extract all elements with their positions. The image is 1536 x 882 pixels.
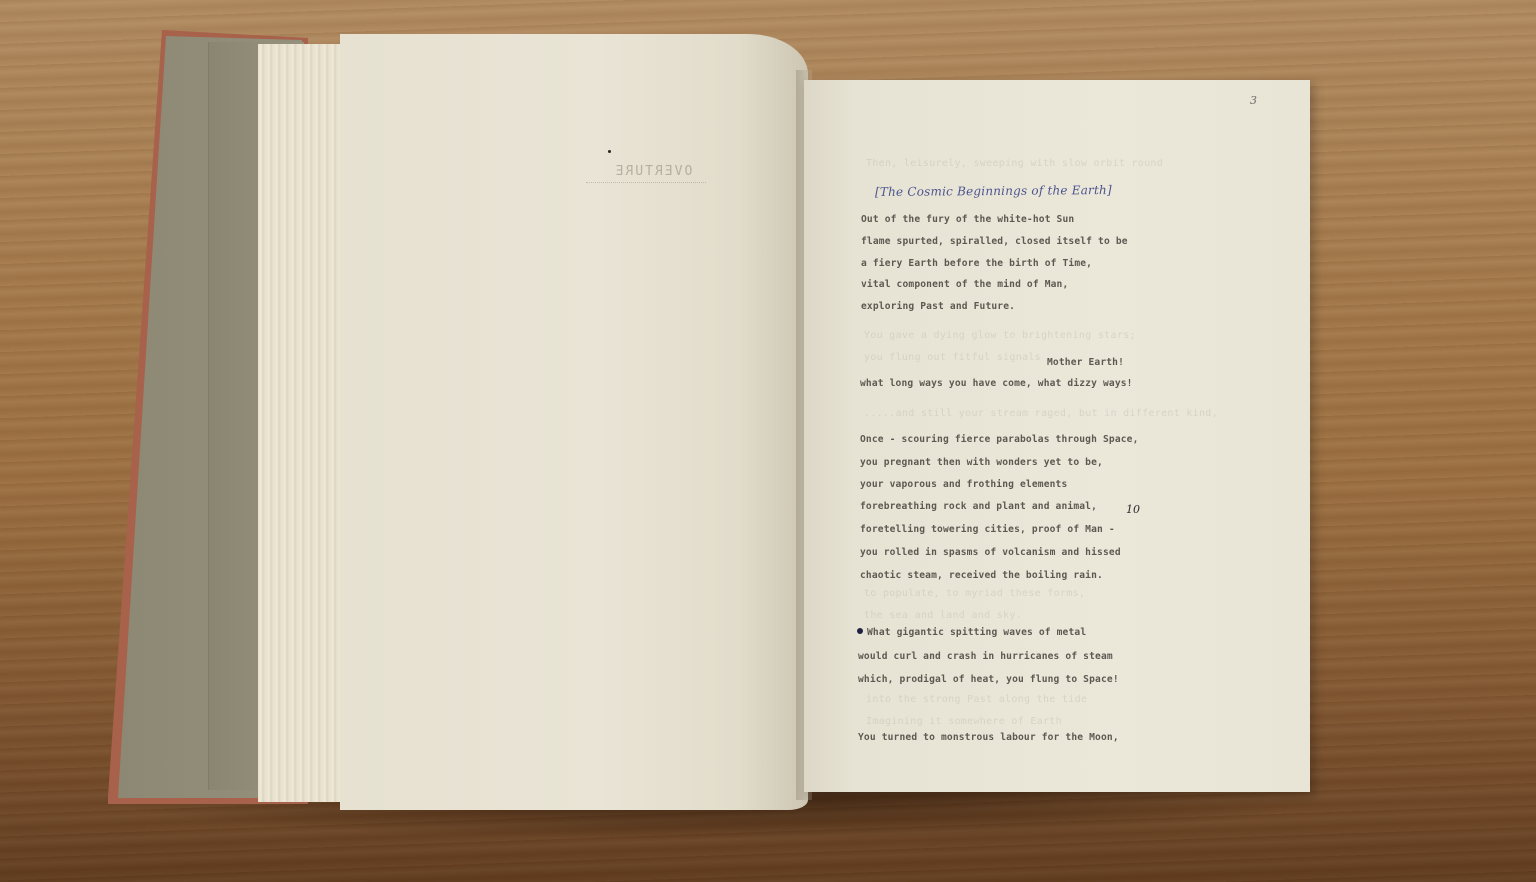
poem-line: What gigantic spitting waves of metal: [867, 627, 1086, 638]
poem-line: Once - scouring fierce parabolas through…: [860, 434, 1139, 445]
poem-line: you rolled in spasms of volcanism and hi…: [860, 547, 1121, 558]
poem-line: foretelling towering cities, proof of Ma…: [860, 524, 1115, 535]
poem-line: Mother Earth!: [1047, 357, 1124, 368]
left-page-blank: [340, 34, 808, 810]
show-through-text: .....and still your stream raged, but in…: [864, 408, 1218, 419]
poem-line: forebreathing rock and plant and animal,: [860, 501, 1097, 512]
show-through-text: You gave a dying glow to brightening sta…: [864, 330, 1136, 341]
poem-line: Out of the fury of the white-hot Sun: [861, 214, 1074, 225]
poem-line: flame spurted, spiralled, closed itself …: [861, 236, 1128, 247]
poem-line: what long ways you have come, what dizzy…: [860, 378, 1133, 389]
poem-line: would curl and crash in hurricanes of st…: [858, 651, 1113, 662]
handwritten-heading: [The Cosmic Beginnings of the Earth]: [875, 183, 1112, 199]
poem-line: You turned to monstrous labour for the M…: [858, 732, 1119, 743]
ink-dot-mark: [608, 150, 611, 153]
poem-line: a fiery Earth before the birth of Time,: [861, 258, 1092, 269]
poem-line: you pregnant then with wonders yet to be…: [860, 457, 1103, 468]
poem-line: exploring Past and Future.: [861, 301, 1015, 312]
ink-bullet-mark: [857, 628, 863, 634]
show-through-text: Then, leisurely, sweeping with slow orbi…: [866, 158, 1163, 169]
poem-line: vital component of the mind of Man,: [861, 279, 1068, 290]
page-number: 3: [1250, 94, 1257, 107]
show-through-title: OVERTURE: [588, 164, 718, 179]
poem-line: your vaporous and frothing elements: [860, 479, 1067, 490]
show-through-underline: [586, 182, 706, 186]
show-through-text: to populate, to myriad these forms,: [864, 588, 1085, 599]
show-through-text: the sea and land and sky.: [864, 610, 1022, 621]
page-edges-stack: [258, 44, 348, 802]
show-through-text: into the strong Past along the tide: [866, 694, 1087, 705]
poem-line: which, prodigal of heat, you flung to Sp…: [858, 674, 1119, 685]
show-through-text: you flung out fitful signals: [864, 352, 1041, 363]
poem-line: chaotic steam, received the boiling rain…: [860, 570, 1103, 581]
show-through-text: Imagining it somewhere of Earth: [866, 716, 1062, 727]
margin-line-number: 10: [1126, 503, 1140, 516]
